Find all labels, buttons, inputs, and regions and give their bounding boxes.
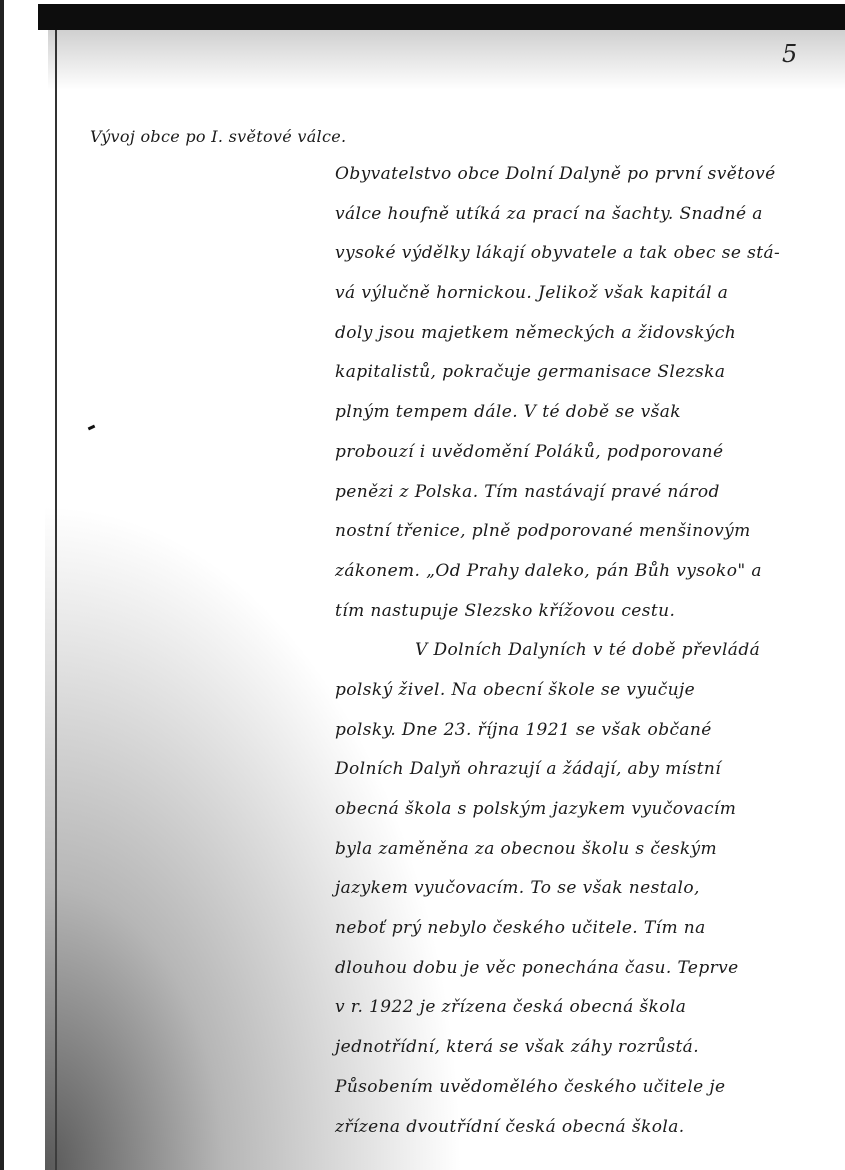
ink-mark	[88, 425, 96, 431]
text-line: kapitalistů, pokračuje germanisace Slezs…	[335, 353, 815, 393]
text-line: plným tempem dále. V té době se však	[335, 393, 815, 433]
text-line: vá výlučně hornickou. Jelikož však kapit…	[335, 274, 815, 314]
text-line: vysoké výdělky lákají obyvatele a tak ob…	[335, 234, 815, 274]
text-line: jazykem vyučovacím. To se však nestalo,	[335, 869, 815, 909]
scanned-page: 5 Vývoj obce po I. světové válce. Obyvat…	[0, 0, 845, 1170]
text-line: polsky. Dne 23. října 1921 se však občan…	[335, 711, 815, 751]
text-line: penězi z Polska. Tím nastávají pravé nár…	[335, 473, 815, 513]
text-line: tím nastupuje Slezsko křížovou cestu.	[335, 592, 815, 632]
text-line: V Dolních Dalyních v té době převládá	[335, 631, 815, 671]
section-heading: Vývoj obce po I. světové válce.	[90, 127, 346, 146]
text-line: Dolních Dalyň ohrazují a žádají, aby mís…	[335, 750, 815, 790]
text-line: dlouhou dobu je věc ponechána času. Tepr…	[335, 949, 815, 989]
text-line: polský živel. Na obecní škole se vyučuje	[335, 671, 815, 711]
scan-left-edge	[0, 0, 4, 1170]
text-line: obecná škola s polským jazykem vyučovací…	[335, 790, 815, 830]
page-number: 5	[782, 40, 797, 68]
text-line: probouzí i uvědomění Poláků, podporované	[335, 433, 815, 473]
text-line: v r. 1922 je zřízena česká obecná škola	[335, 988, 815, 1028]
text-line: byla zaměněna za obecnou školu s českým	[335, 830, 815, 870]
text-line: jednotřídní, která se však záhy rozrůstá…	[335, 1028, 815, 1068]
text-line: zřízena dvoutřídní česká obecná škola.	[335, 1108, 815, 1148]
text-line: Obyvatelstvo obce Dolní Dalyně po první …	[335, 155, 815, 195]
text-line: zákonem. „Od Prahy daleko, pán Bůh vysok…	[335, 552, 815, 592]
handwritten-body: Obyvatelstvo obce Dolní Dalyně po první …	[335, 155, 815, 1147]
scan-top-shading	[48, 30, 845, 90]
scan-top-border	[38, 4, 845, 30]
text-line: nostní třenice, plně podporované menšino…	[335, 512, 815, 552]
text-line: Působením uvědomělého českého učitele je	[335, 1068, 815, 1108]
text-line: neboť prý nebylo českého učitele. Tím na	[335, 909, 815, 949]
text-line: doly jsou majetkem německých a židovskýc…	[335, 314, 815, 354]
text-line: válce houfně utíká za prací na šachty. S…	[335, 195, 815, 235]
